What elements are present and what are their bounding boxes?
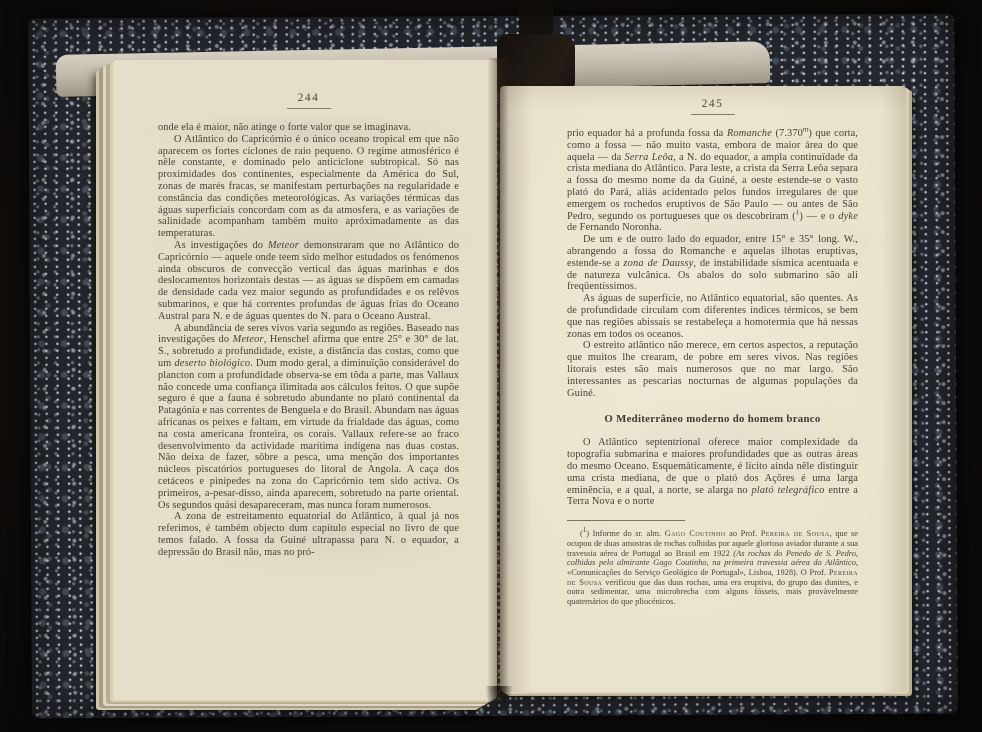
paragraph: A zona de estreitamento equatorial do At… (158, 511, 459, 558)
left-page: 244 onde ela é maior, não atinge o forte… (113, 60, 497, 700)
right-page: 245 prio equador há a profunda fossa da … (500, 86, 906, 692)
page-number-block: 244 (158, 88, 459, 109)
spine-tail-shadow (486, 686, 512, 714)
section-heading: O Mediterrâneo moderno do homem branco (567, 413, 858, 425)
right-page-section-body: O Atlântico septentrional oferece maior … (567, 437, 858, 508)
paragraph: De um e de outro lado do equador, entre … (567, 234, 858, 293)
left-page-body: onde ela é maior, não atinge o forte val… (158, 122, 459, 558)
paragraph: O estreito atlântico não merece, em cert… (567, 340, 858, 399)
paragraph: O Atlântico septentrional oferece maior … (567, 437, 858, 508)
paragraph: As investigações do Meteor demonstraram … (158, 240, 459, 323)
paragraph: prio equador há a profunda fossa da Roma… (567, 128, 858, 234)
paragraph: A abundância de seres vivos varia segund… (158, 323, 459, 512)
page-number-left: 244 (287, 92, 331, 109)
footnote-rule (567, 520, 685, 521)
footnote: (1) Informe do sr. alm. Gago Coutinho ao… (567, 529, 858, 607)
page-number-right: 245 (691, 98, 735, 115)
paragraph: (1) Informe do sr. alm. Gago Coutinho ao… (567, 529, 858, 607)
page-number-block: 245 (567, 94, 858, 115)
right-page-body: prio equador há a profunda fossa da Roma… (567, 128, 858, 399)
gutter-shadow (487, 58, 509, 702)
paragraph: onde ela é maior, não atinge o forte val… (158, 122, 459, 134)
paragraph: O Atlântico do Capricórnio é o único oce… (158, 134, 459, 240)
paragraph: As águas de superfície, no Atlântico equ… (567, 293, 858, 340)
